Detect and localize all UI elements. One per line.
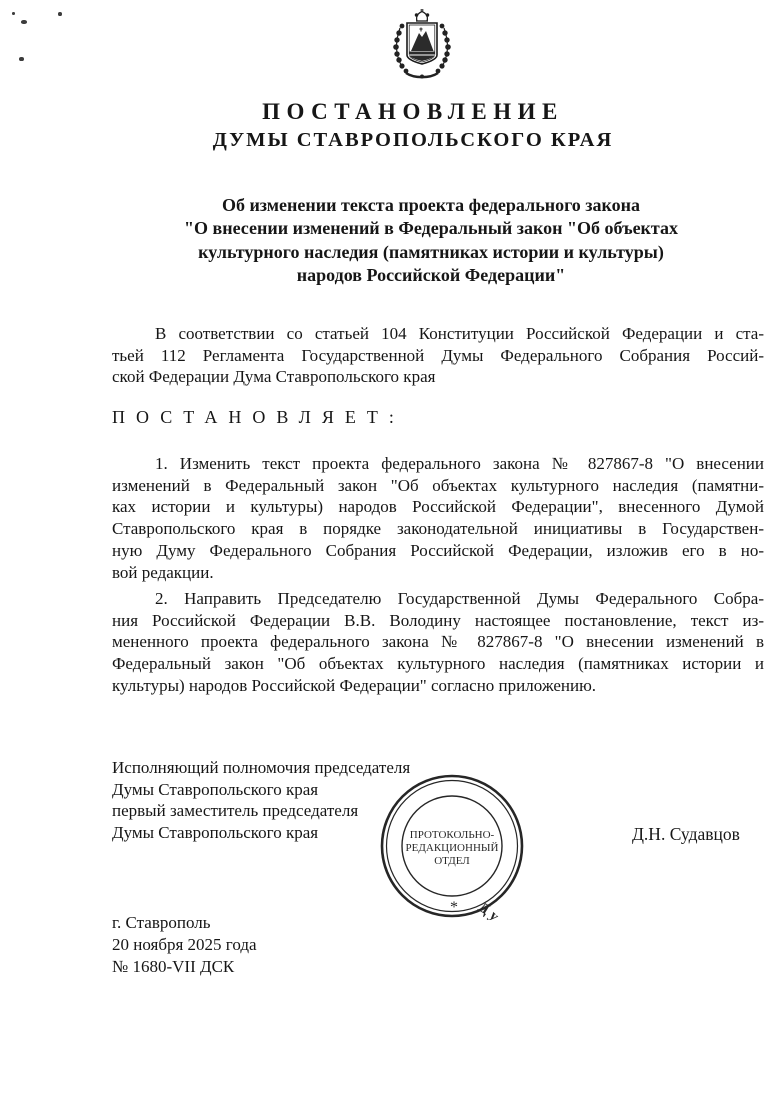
preamble-paragraph: В соответствии со статьей 104 Конституци… — [112, 323, 764, 388]
coat-of-arms-icon — [390, 8, 454, 85]
text-line: 1. Изменить текст проекта федерального з… — [112, 453, 764, 475]
document-subject-heading: Об изменении текста проекта федерального… — [105, 194, 757, 288]
text-line: 2. Направить Председателю Государственно… — [112, 588, 764, 610]
stamp-center-line: ПРОТОКОЛЬНО- — [410, 829, 495, 841]
resolution-item-2: 2. Направить Председателю Государственно… — [112, 588, 764, 697]
text-line: изменений в Федеральный закон "Об объект… — [112, 475, 764, 497]
text-line: Ставропольского края в порядке законодат… — [112, 518, 764, 540]
stamp-center-line: ОТДЕЛ — [434, 855, 470, 867]
text-line: ках истории и культуры) народов Российск… — [112, 496, 764, 518]
text-line: Федеральный закон "Об объектах культурно… — [112, 653, 764, 675]
issuing-authority-title: ДУМЫ СТАВРОПОЛЬСКОГО КРАЯ — [87, 129, 739, 152]
stamp-star: * — [450, 899, 458, 916]
text-line: ской Федерации Дума Ставропольского края — [112, 366, 764, 388]
footer-number: № 1680-VII ДСК — [112, 956, 257, 978]
text-line: тьей 112 Регламента Государственной Думы… — [112, 345, 764, 367]
text-line: мененного проекта федерального закона № … — [112, 631, 764, 653]
scan-artifact-dot — [21, 20, 27, 24]
footer-city: г. Ставрополь — [112, 912, 257, 934]
scan-artifact-dot — [12, 12, 15, 15]
text-line: Об изменении текста проекта федерального… — [105, 194, 757, 217]
scan-artifact-dot — [58, 12, 62, 16]
text-line: ную Думу Федерального Собрания Российско… — [112, 540, 764, 562]
text-line: народов Российской Федерации" — [105, 264, 757, 287]
signatory-name: Д.Н. Судавцов — [632, 824, 740, 845]
text-line: культуры) народов Российской Федерации" … — [112, 675, 764, 697]
resolution-item-1: 1. Изменить текст проекта федерального з… — [112, 453, 764, 583]
text-line: В соответствии со статьей 104 Конституци… — [112, 323, 764, 345]
text-line: вой редакции. — [112, 562, 764, 584]
stamp-center-line: РЕДАКЦИОННЫЙ — [406, 842, 499, 854]
resolves-label: ПОСТАНОВЛЯЕТ: — [112, 407, 405, 428]
text-line: "О внесении изменений в Федеральный зако… — [105, 217, 757, 240]
document-kind-title: ПОСТАНОВЛЕНИЕ — [87, 99, 739, 125]
footer-date: 20 ноября 2025 года — [112, 934, 257, 956]
official-round-stamp: Дума Ставропольского края ПРОТОКОЛЬНО- Р… — [378, 772, 526, 920]
text-line: культурного наследия (памятниках истории… — [105, 241, 757, 264]
text-line: ния Российской Федерации В.В. Володину н… — [112, 610, 764, 632]
scan-artifact-dot — [19, 57, 24, 61]
document-footer: г. Ставрополь 20 ноября 2025 года № 1680… — [112, 912, 257, 978]
